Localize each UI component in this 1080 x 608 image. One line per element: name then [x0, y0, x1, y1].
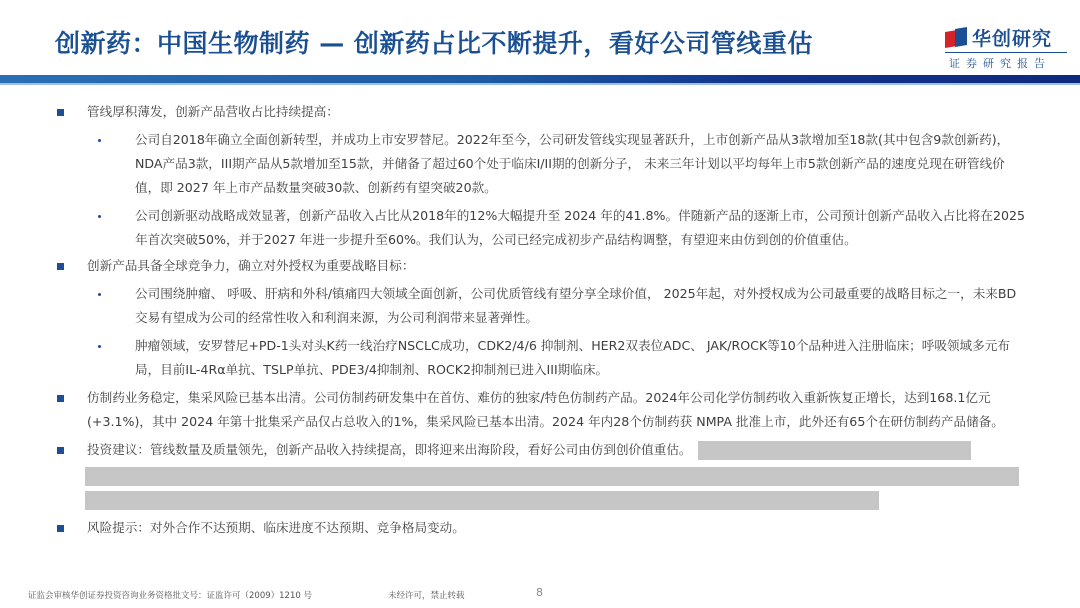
- logo-name: 华创研究: [972, 24, 1052, 51]
- dot-bullet-icon: [98, 293, 101, 296]
- logo: 华创研究 证券研究报告: [945, 24, 1070, 70]
- dot-bullet-icon: [98, 139, 101, 142]
- square-bullet-icon: [57, 447, 64, 454]
- section-risk-warning: 风险提示：对外合作不达预期、临床进度不达预期、竞争格局变动。: [56, 516, 1026, 540]
- list-item-text: 肿瘤领域，安罗替尼+PD-1头对头K药一线治疗NSCLC成功，CDK2/4/6 …: [135, 338, 1010, 377]
- section-heading-text: 管线厚积薄发，创新产品营收占比持续提高：: [87, 104, 339, 119]
- section-heading: 创新产品具备全球竞争力，确立对外授权为重要战略目标：: [56, 254, 1026, 278]
- footer-license: 证监会审核华创证券投资咨询业务资格批文号：证监许可（2009）1210 号: [28, 589, 312, 601]
- list-item: 公司创新驱动战略成效显著，创新产品收入占比从2018年的12%大幅提升至 202…: [56, 204, 1026, 252]
- list-item: 公司自2018年确立全面创新转型，并成功上市安罗替尼。2022年至今，公司研发管…: [56, 128, 1026, 200]
- list-item: 公司围绕肿瘤、 呼吸、肝病和外科/镇痛四大领域全面创新，公司优质管线有望分享全球…: [56, 282, 1026, 330]
- square-bullet-icon: [57, 525, 64, 532]
- header-divider-accent: [0, 83, 1080, 85]
- logo-subtitle: 证券研究报告: [949, 55, 1051, 71]
- slide-footer: 证监会审核华创证券投资咨询业务资格批文号：证监许可（2009）1210 号 未经…: [0, 585, 1080, 605]
- section-paragraph-text: 仿制药业务稳定，集采风险已基本出清。公司仿制药研发集中在首仿、难仿的独家/特色仿…: [87, 390, 1004, 429]
- dot-bullet-icon: [98, 345, 101, 348]
- page-title: 创新药：中国生物制药 — 创新药占比不断提升，看好公司管线重估: [55, 24, 813, 60]
- header-divider-bar: [0, 75, 1080, 83]
- list-item-text: 公司自2018年确立全面创新转型，并成功上市安罗替尼。2022年至今，公司研发管…: [135, 132, 1009, 195]
- footer-notice: 未经许可，禁止转载: [388, 589, 465, 601]
- square-bullet-icon: [57, 263, 64, 270]
- section-heading: 管线厚积薄发，创新产品营收占比持续提高：: [56, 100, 1026, 124]
- page-number: 8: [536, 586, 543, 599]
- list-item-text: 公司创新驱动战略成效显著，创新产品收入占比从2018年的12%大幅提升至 202…: [135, 208, 1025, 247]
- risk-warning-text: 风险提示：对外合作不达预期、临床进度不达预期、竞争格局变动。: [87, 520, 465, 535]
- section-investment-advice: 投资建议：管线数量及质量领先，创新产品收入持续提高，即将迎来出海阶段，看好公司由…: [56, 438, 1026, 462]
- dot-bullet-icon: [98, 215, 101, 218]
- square-bullet-icon: [57, 109, 64, 116]
- redacted-block: [698, 441, 971, 460]
- redacted-block: [85, 467, 1019, 486]
- redacted-block: [85, 491, 879, 510]
- list-item: 肿瘤领域，安罗替尼+PD-1头对头K药一线治疗NSCLC成功，CDK2/4/6 …: [56, 334, 1026, 382]
- section-heading-text: 创新产品具备全球竞争力，确立对外授权为重要战略目标：: [87, 258, 414, 273]
- list-item-text: 公司围绕肿瘤、 呼吸、肝病和外科/镇痛四大领域全面创新，公司优质管线有望分享全球…: [135, 286, 1016, 325]
- square-bullet-icon: [57, 395, 64, 402]
- section-paragraph: 仿制药业务稳定，集采风险已基本出清。公司仿制药研发集中在首仿、难仿的独家/特色仿…: [56, 386, 1026, 434]
- slide-header: 创新药：中国生物制药 — 创新药占比不断提升，看好公司管线重估 华创研究 证券研…: [0, 0, 1080, 84]
- logo-mark-icon: [945, 28, 967, 48]
- logo-divider: [945, 52, 1067, 53]
- investment-advice-text: 投资建议：管线数量及质量领先，创新产品收入持续提高，即将迎来出海阶段，看好公司由…: [87, 442, 692, 457]
- content-body: 管线厚积薄发，创新产品营收占比持续提高： 公司自2018年确立全面创新转型，并成…: [56, 100, 1026, 540]
